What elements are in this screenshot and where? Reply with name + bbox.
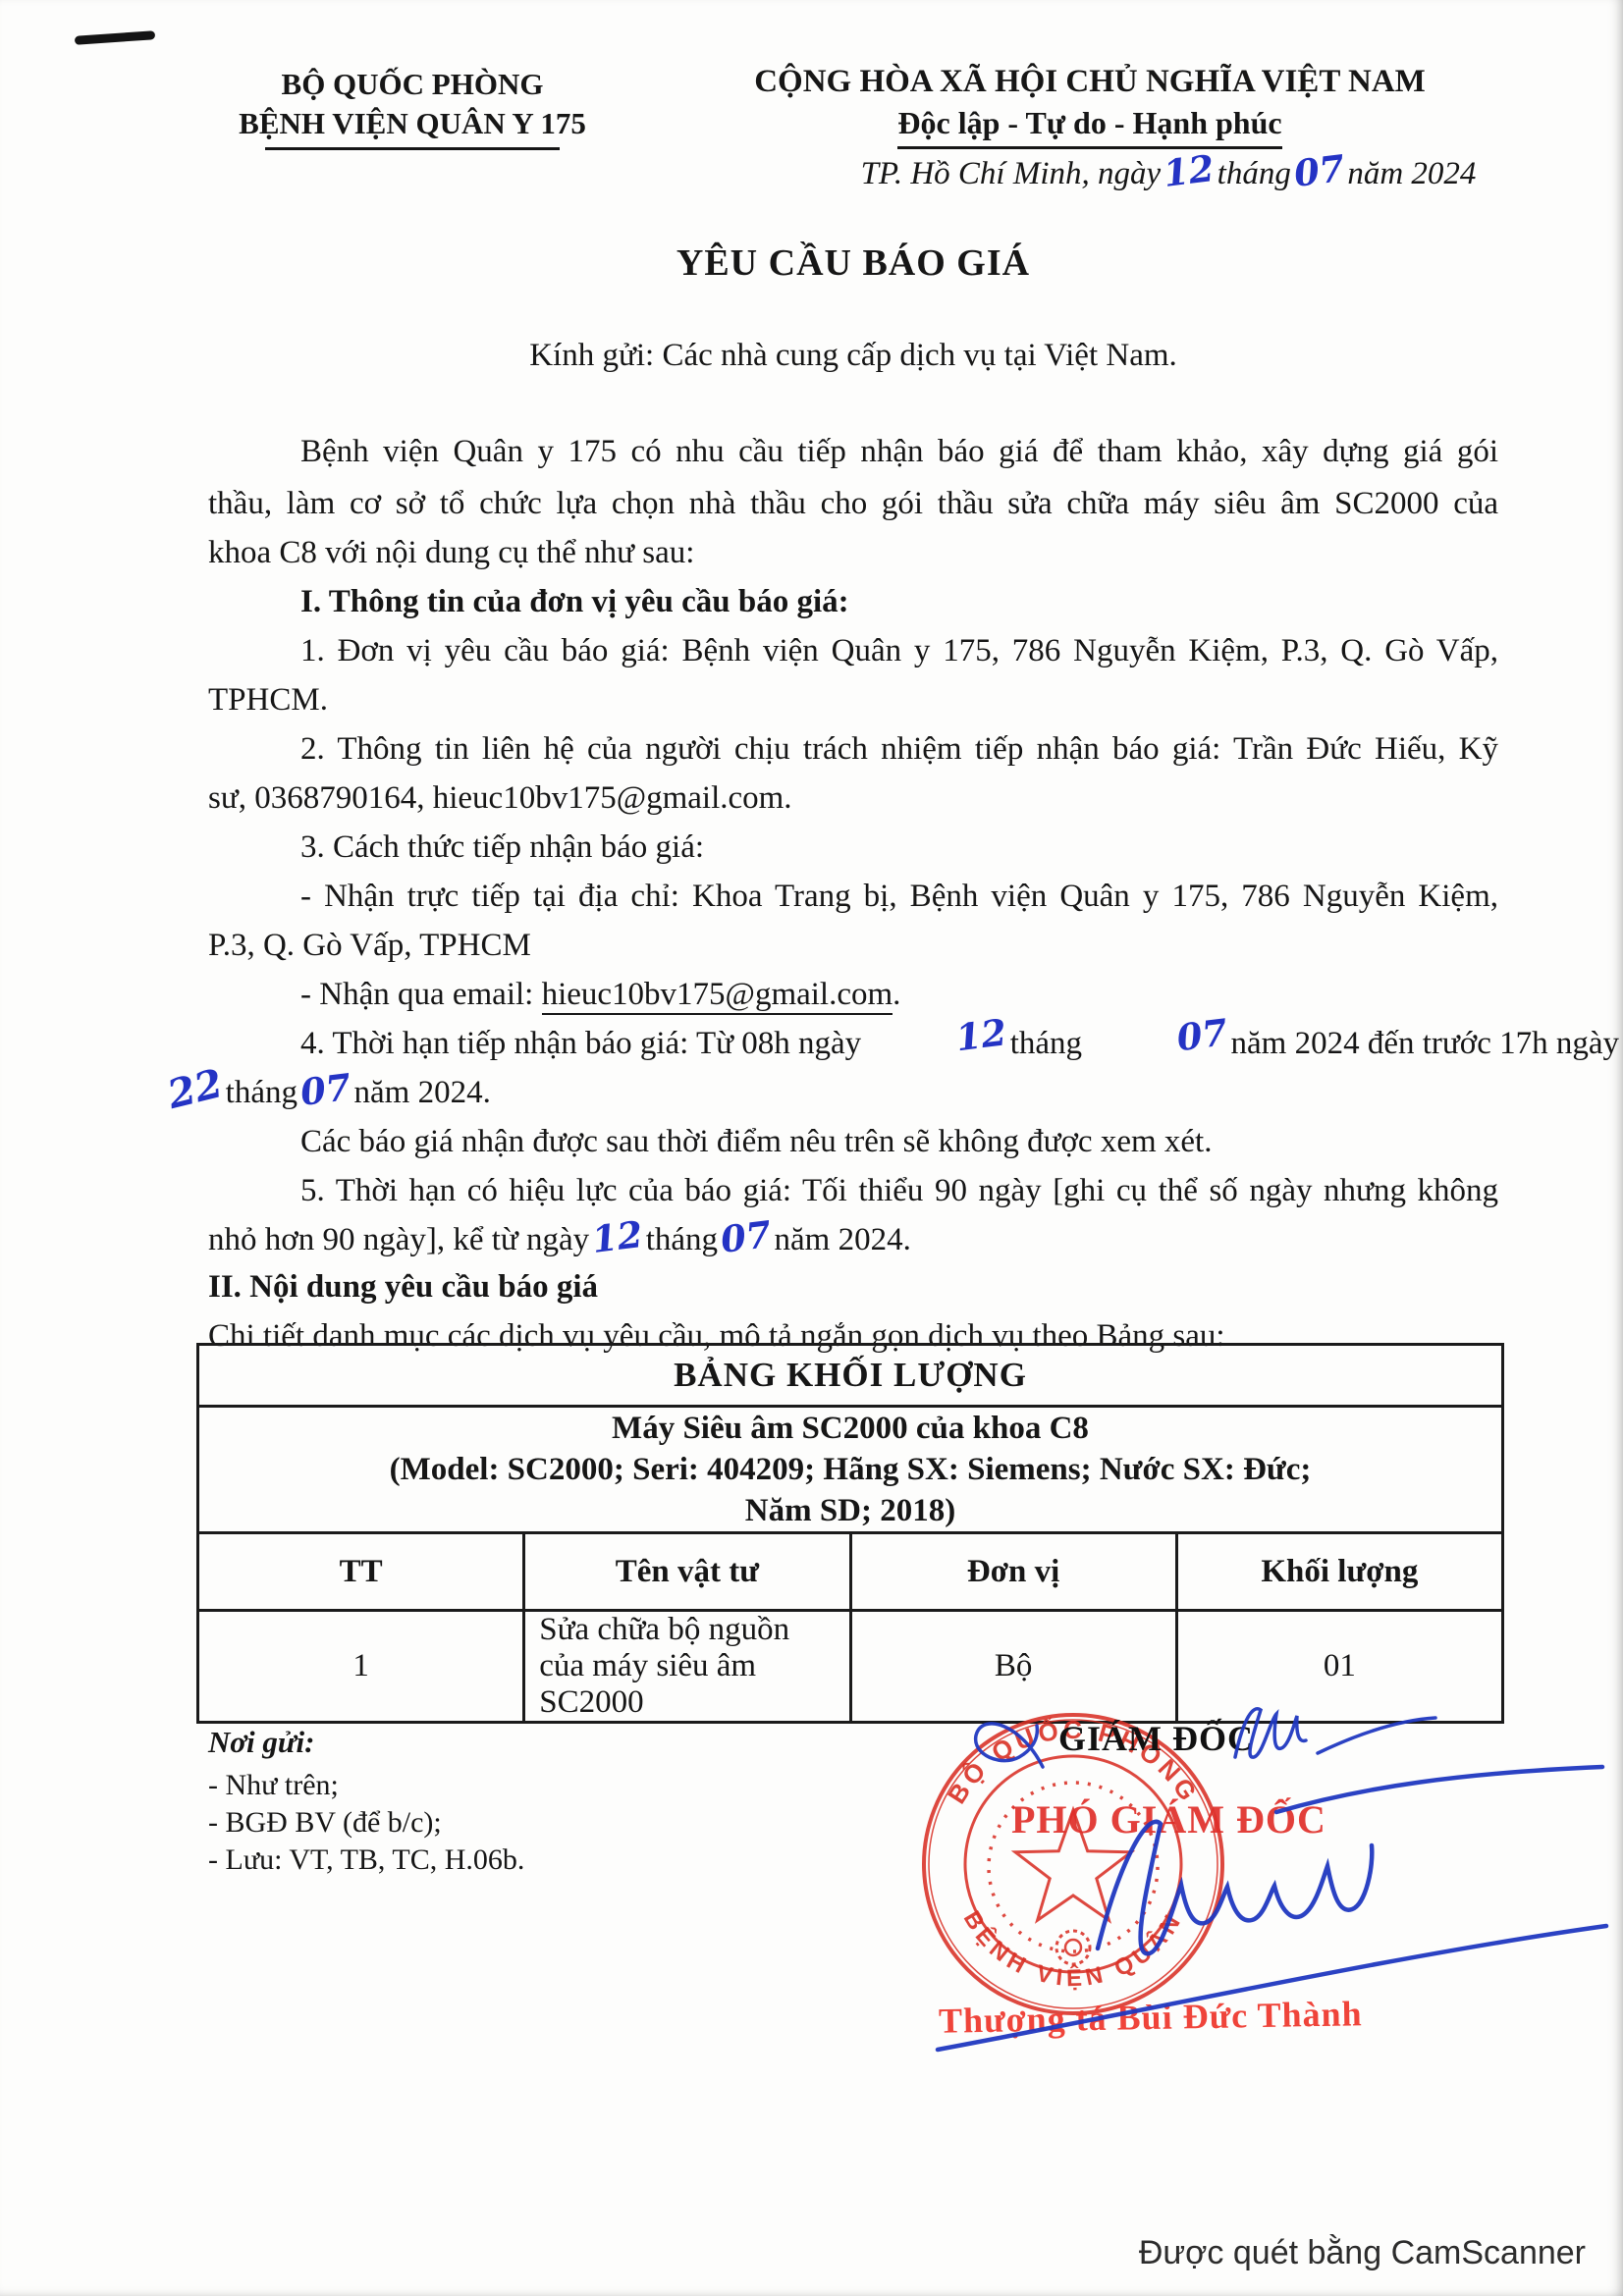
- header-right-block: CỘNG HÒA XÃ HỘI CHỦ NGHĨA VIỆT NAM Độc l…: [727, 61, 1453, 149]
- body-line: 1. Đơn vị yêu cầu báo giá: Bệnh viện Quâ…: [208, 628, 1498, 673]
- item5-text: năm 2024.: [775, 1222, 911, 1257]
- date-thang: tháng: [1217, 156, 1291, 191]
- table-subtitle-line: (Model: SC2000; Seri: 404209; Hãng SX: S…: [207, 1449, 1493, 1490]
- column-header-qty: Khối lượng: [1176, 1533, 1502, 1611]
- cell-tt: 1: [198, 1611, 524, 1723]
- column-header-tt: TT: [198, 1533, 524, 1611]
- national-title: CỘNG HÒA XÃ HỘI CHỦ NGHĨA VIỆT NAM: [727, 61, 1453, 102]
- svg-text:BỆNH VIỆN QUÂN: BỆNH VIỆN QUÂN: [958, 1906, 1189, 1992]
- item4-text: 4. Thời hạn tiếp nhận báo giá: Từ 08h ng…: [300, 1026, 861, 1061]
- item4-text: tháng: [226, 1075, 298, 1110]
- section-2-heading: II. Nội dung yêu cầu báo giá: [208, 1264, 1498, 1309]
- body-line: Các báo giá nhận được sau thời điểm nêu …: [208, 1119, 1498, 1164]
- header-left-block: BỘ QUỐC PHÒNG BỆNH VIỆN QUÂN Y 175: [236, 65, 589, 150]
- table-header-row: TT Tên vật tư Đơn vị Khối lượng: [198, 1533, 1503, 1611]
- handwritten-day: 12: [862, 1014, 1008, 1067]
- date-line: TP. Hồ Chí Minh, ngày12tháng07năm 2024: [835, 153, 1502, 192]
- ministry-name: BỘ QUỐC PHÒNG: [236, 65, 589, 104]
- camscanner-footer: Được quét bằng CamScanner: [1139, 2234, 1586, 2272]
- body-line: 2. Thông tin liên hệ của người chịu trác…: [208, 726, 1498, 772]
- handwritten-day: 12: [590, 1216, 645, 1258]
- table-row: 1 Sửa chữa bộ nguồn của máy siêu âm SC20…: [198, 1611, 1503, 1723]
- item5-text: tháng: [646, 1222, 718, 1257]
- body-line: TPHCM.: [208, 677, 1498, 722]
- column-header-name: Tên vật tư: [524, 1533, 850, 1611]
- quote-quantity-table: BẢNG KHỐI LƯỢNG Máy Siêu âm SC2000 của k…: [196, 1343, 1504, 1724]
- handwritten-month: 07: [1083, 1014, 1229, 1067]
- scanned-document-page: BỘ QUỐC PHÒNG BỆNH VIỆN QUÂN Y 175 CỘNG …: [0, 0, 1623, 2296]
- body-line: thầu, làm cơ sở tổ chức lựa chọn nhà thầ…: [208, 481, 1498, 526]
- item4-text: tháng: [1010, 1026, 1082, 1061]
- body-line: 5. Thời hạn có hiệu lực của báo giá: Tối…: [208, 1168, 1498, 1213]
- document-title: YÊU CẦU BÁO GIÁ: [208, 241, 1498, 285]
- handwritten-day: 12: [1162, 150, 1217, 192]
- deputy-director-stamp-text: PHÓ GIÁM ĐỐC: [1011, 1796, 1326, 1842]
- handwritten-day: 22: [164, 1064, 227, 1115]
- stamp-gear-icon: [1056, 1931, 1090, 1964]
- salutation-line: Kính gửi: Các nhà cung cấp dịch vụ tại V…: [208, 338, 1498, 374]
- table-subtitle-row: Máy Siêu âm SC2000 của khoa C8 (Model: S…: [198, 1407, 1503, 1533]
- email-line-prefix: - Nhận qua email:: [300, 977, 542, 1012]
- body-line: sư, 0368790164, hieuc10bv175@gmail.com.: [208, 775, 1498, 821]
- body-line: 22tháng07năm 2024.: [165, 1070, 1455, 1115]
- body-line: nhỏ hơn 90 ngày], kể từ ngày12tháng07năm…: [208, 1217, 1498, 1262]
- hospital-name: BỆNH VIỆN QUÂN Y 175: [236, 104, 589, 143]
- table-title-row: BẢNG KHỐI LƯỢNG: [198, 1345, 1503, 1407]
- recipient-item: - Như trên;: [208, 1767, 524, 1804]
- body-line: - Nhận trực tiếp tại địa chỉ: Khoa Trang…: [208, 874, 1498, 919]
- date-prefix: TP. Hồ Chí Minh, ngày: [861, 156, 1162, 191]
- handwritten-month: 07: [719, 1216, 774, 1258]
- body-line: khoa C8 với nội dung cụ thể như sau:: [208, 530, 1498, 575]
- recipients-heading: Nơi gửi:: [208, 1724, 524, 1761]
- table-title: BẢNG KHỐI LƯỢNG: [198, 1345, 1503, 1407]
- recipients-block: Nơi gửi: - Như trên; - BGĐ BV (để b/c); …: [208, 1724, 524, 1879]
- item4-text: năm 2024 đến trước 17h ngày: [1231, 1026, 1620, 1061]
- column-header-unit: Đơn vị: [850, 1533, 1176, 1611]
- body-line: Bệnh viện Quân y 175 có nhu cầu tiếp nhậ…: [208, 429, 1498, 474]
- table-subtitle-line: Máy Siêu âm SC2000 của khoa C8: [207, 1408, 1493, 1449]
- table-subtitle-line: Năm SD; 2018): [207, 1490, 1493, 1531]
- handwritten-month: 07: [1292, 150, 1347, 192]
- recipient-item: - Lưu: VT, TB, TC, H.06b.: [208, 1842, 524, 1879]
- stamp-arc-bottom-text: BỆNH VIỆN QUÂN: [958, 1906, 1189, 1992]
- date-suffix: năm 2024: [1347, 156, 1476, 191]
- handwritten-month: 07: [298, 1069, 353, 1111]
- recipient-item: - BGĐ BV (để b/c);: [208, 1804, 524, 1842]
- body-line: P.3, Q. Gò Vấp, TPHCM: [208, 923, 1498, 968]
- item5-text: nhỏ hơn 90 ngày], kể từ ngày: [208, 1222, 589, 1257]
- table-subtitle: Máy Siêu âm SC2000 của khoa C8 (Model: S…: [198, 1407, 1503, 1533]
- signer-name: Thượng tá Bùi Đức Thành: [939, 1993, 1363, 2042]
- body-line: 4. Thời hạn tiếp nhận báo giá: Từ 08h ng…: [208, 1021, 1498, 1066]
- body-line: 3. Cách thức tiếp nhận báo giá:: [208, 825, 1498, 870]
- email-address: hieuc10bv175@gmail.com: [542, 977, 893, 1015]
- director-title: GIÁM ĐỐC: [1058, 1718, 1254, 1759]
- item4-text: năm 2024.: [354, 1075, 491, 1110]
- email-line-suffix: .: [893, 977, 900, 1012]
- scan-artifact-mark: [75, 30, 155, 45]
- cell-name: Sửa chữa bộ nguồn của máy siêu âm SC2000: [524, 1611, 850, 1723]
- national-motto: Độc lập - Tự do - Hạnh phúc: [897, 102, 1281, 149]
- body-line: - Nhận qua email: hieuc10bv175@gmail.com…: [208, 972, 1498, 1017]
- section-1-heading: I. Thông tin của đơn vị yêu cầu báo giá:: [208, 579, 1498, 624]
- hospital-underline: [265, 145, 560, 150]
